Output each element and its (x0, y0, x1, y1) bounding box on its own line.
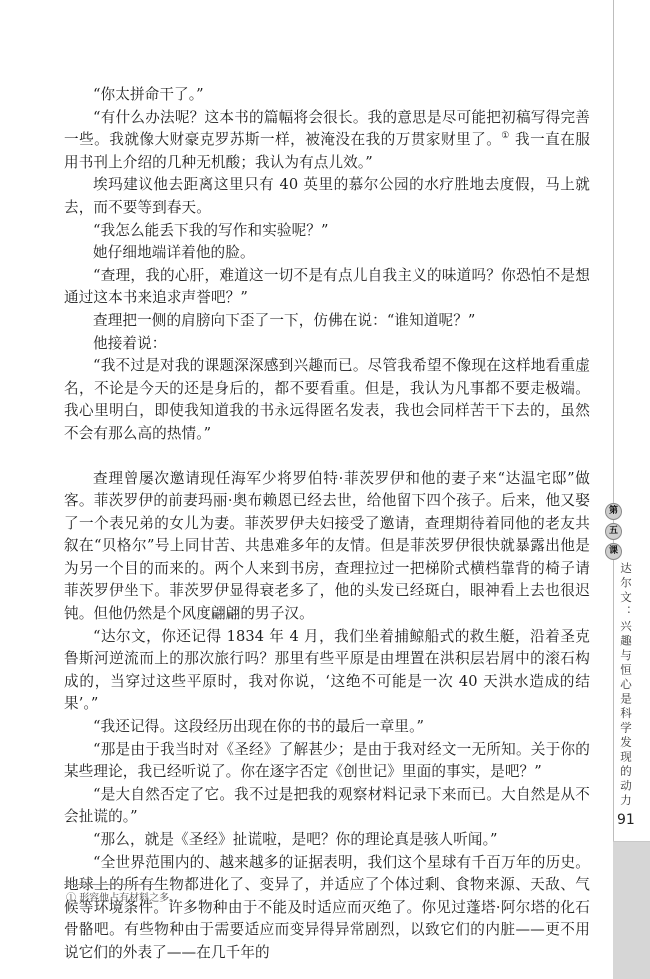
paragraph: “你太拼命干了。” (64, 84, 590, 107)
margin-divider (613, 0, 614, 842)
paragraph: “有什么办法呢？这本书的篇幅将会很长。我的意思是尽可能把初稿写得完善一些。我就像… (64, 107, 590, 175)
lesson-title: 达尔文：兴趣与恒心是科学发现的动力 (618, 562, 634, 809)
footnote-mark: ① (66, 893, 76, 904)
paragraph: “全世界范围内的、越来越多的证据表明，我们这个星球有千百万年的历史。地球上的所有… (64, 852, 590, 965)
paragraph: 他接着说： (64, 333, 590, 356)
paragraph: “是大自然否定了它。我不过是把我的观察材料记录下来而已。大自然是从不会扯谎的。” (64, 784, 590, 829)
paragraph: 埃玛建议他去距离这里只有 40 英里的慕尔公园的水疗胜地去度假，马上就去，而不要… (64, 174, 590, 219)
paragraph: “我不过是对我的课题深深感到兴趣而已。尽管我希望不像现在这样地看重虚名，不论是今… (64, 355, 590, 445)
footnote-ref[interactable]: ① (501, 131, 510, 141)
textbook-page: “你太拼命干了。” “有什么办法呢？这本书的篇幅将会很长。我的意思是尽可能把初稿… (0, 0, 650, 979)
lesson-badges: 第 五 课 (605, 503, 623, 563)
paragraph: 查理把一侧的肩膀向下歪了一下，仿佛在说：“谁知道呢？” (64, 310, 590, 333)
paragraph: “我怎么能丢下我的写作和实验呢？” (64, 220, 590, 243)
lesson-badge: 五 (605, 523, 622, 540)
paragraph: “那么，就是《圣经》扯谎啦，是吧？你的理论真是骇人听闻。” (64, 829, 590, 852)
footnote: ① 形容他占有材料之多。 (66, 889, 179, 904)
lesson-badge: 课 (605, 543, 622, 560)
paragraph: 她仔细地端详着他的脸。 (64, 242, 590, 265)
paragraph: “达尔文，你还记得 1834 年 4 月，我们坐着捕鲸船式的救生艇，沿着圣克鲁斯… (64, 626, 590, 716)
footnote-text: 形容他占有材料之多。 (79, 893, 179, 904)
lesson-badge: 第 (605, 503, 622, 520)
paragraph: 查理曾屡次邀请现任海军少将罗伯特·菲茨罗伊和他的妻子来“达温宅邸”做客。菲茨罗伊… (64, 468, 590, 626)
page-number: 91 (617, 812, 635, 828)
body-text: “你太拼命干了。” “有什么办法呢？这本书的篇幅将会很长。我的意思是尽可能把初稿… (64, 84, 590, 965)
page-edge-tab (613, 841, 650, 979)
footnote-divider (64, 884, 164, 885)
paragraph: “我还记得。这段经历出现在你的书的最后一章里。” (64, 716, 590, 739)
paragraph: “那是由于我当时对《圣经》了解甚少；是由于我对经文一无所知。关于你的某些理论，我… (64, 739, 590, 784)
paragraph: “查理，我的心肝，难道这一切不是有点儿自我主义的味道吗？你恐怕不是想通过这本书来… (64, 265, 590, 310)
